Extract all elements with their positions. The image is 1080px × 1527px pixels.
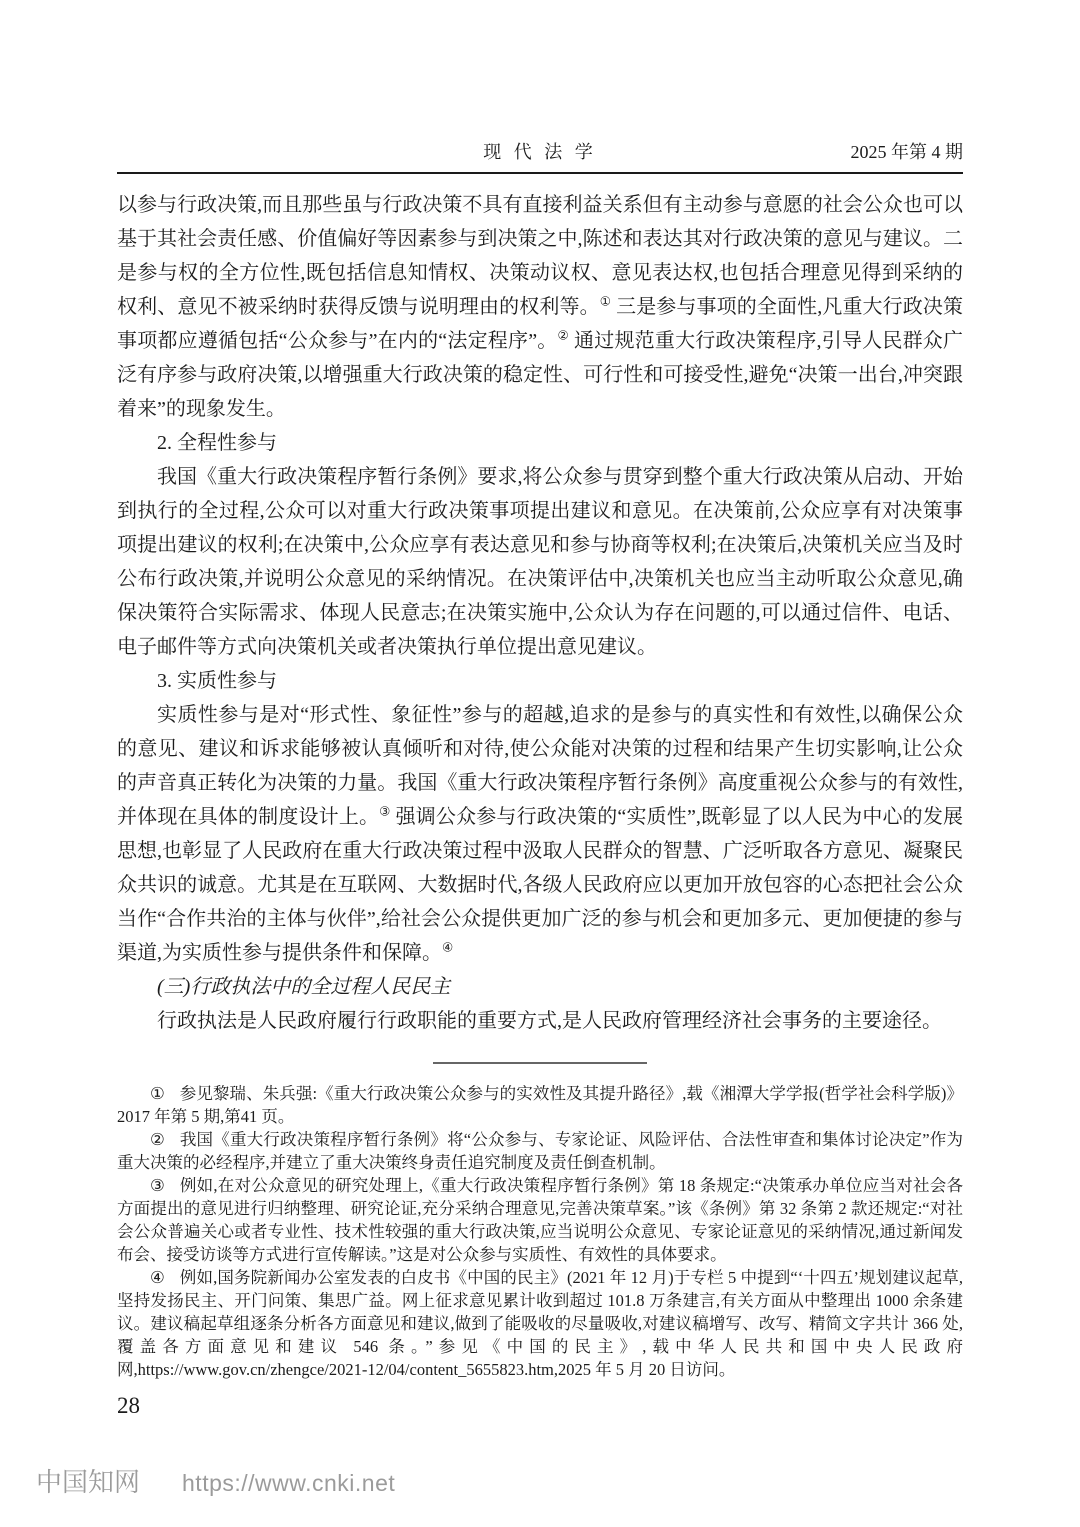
section-heading: 3. 实质性参与 [117, 664, 963, 698]
article-body: 以参与行政决策,而且那些虽与行政决策不具有直接利益关系但有主动参与意愿的社会公众… [117, 188, 963, 1038]
footnote-text: 我国《重大行政决策程序暂行条例》将“公众参与、专家论证、风险评估、合法性审查和集… [117, 1130, 963, 1172]
footnote-marker: ① [150, 1084, 180, 1103]
footnote-ref: ① [600, 294, 611, 308]
body-paragraph: 实质性参与是对“形式性、象征性”参与的超越,追求的是参与的真实性和有效性,以确保… [117, 698, 963, 970]
issue-label: 2025 年第 4 期 [851, 138, 964, 164]
journal-title: 现 代 法 学 [483, 138, 597, 164]
text-run: 我国《重大行政决策程序暂行条例》要求,将公众参与贯穿到整个重大行政决策从启动、开… [117, 466, 963, 658]
journal-page: 现 代 法 学 2025 年第 4 期 以参与行政决策,而且那些虽与行政决策不具… [0, 0, 1080, 1527]
text-run: 3. 实质性参与 [157, 670, 277, 692]
footnote: ①参见黎瑞、朱兵强:《重大行政决策公众参与的实效性及其提升路径》,载《湘潭大学学… [117, 1082, 963, 1128]
footnote-separator [433, 1062, 647, 1064]
text-run: (三)行政执法中的全过程人民民主 [157, 976, 450, 998]
footnote: ③例如,在对公众意见的研究处理上,《重大行政决策程序暂行条例》第 18 条规定:… [117, 1174, 963, 1266]
page-number: 28 [117, 1393, 963, 1419]
footnote-marker: ③ [150, 1176, 180, 1195]
footnote-text: 例如,国务院新闻办公室发表的白皮书《中国的民主》(2021 年 12 月)于专栏… [117, 1268, 963, 1379]
body-paragraph: 行政执法是人民政府履行行政职能的重要方式,是人民政府管理经济社会事务的主要途径。 [117, 1004, 963, 1038]
footnote-marker: ④ [150, 1268, 180, 1287]
section-heading: (三)行政执法中的全过程人民民主 [117, 970, 963, 1004]
text-run: 2. 全程性参与 [157, 432, 277, 454]
cnki-url-text: https://www.cnki.net [182, 1470, 395, 1497]
footnotes-section: ①参见黎瑞、朱兵强:《重大行政决策公众参与的实效性及其提升路径》,载《湘潭大学学… [117, 1082, 963, 1381]
footnote: ②我国《重大行政决策程序暂行条例》将“公众参与、专家论证、风险评估、合法性审查和… [117, 1128, 963, 1174]
cnki-watermark: 中国知网 https://www.cnki.net [36, 1462, 395, 1499]
footnote-ref: ③ [379, 804, 390, 818]
header-rule [117, 172, 963, 174]
page-header: 现 代 法 学 2025 年第 4 期 [117, 138, 963, 164]
footnote-marker: ② [150, 1130, 180, 1149]
body-paragraph: 我国《重大行政决策程序暂行条例》要求,将公众参与贯穿到整个重大行政决策从启动、开… [117, 460, 963, 664]
footnote-ref: ④ [442, 940, 453, 954]
section-heading: 2. 全程性参与 [117, 426, 963, 460]
footnote: ④例如,国务院新闻办公室发表的白皮书《中国的民主》(2021 年 12 月)于专… [117, 1266, 963, 1381]
body-paragraph: 以参与行政决策,而且那些虽与行政决策不具有直接利益关系但有主动参与意愿的社会公众… [117, 188, 963, 426]
text-run: 行政执法是人民政府履行行政职能的重要方式,是人民政府管理经济社会事务的主要途径。 [157, 1010, 942, 1032]
cnki-brand-text: 中国知网 [36, 1462, 140, 1499]
footnote-text: 参见黎瑞、朱兵强:《重大行政决策公众参与的实效性及其提升路径》,载《湘潭大学学报… [117, 1084, 963, 1126]
footnote-text: 例如,在对公众意见的研究处理上,《重大行政决策程序暂行条例》第 18 条规定:“… [117, 1176, 963, 1264]
footnote-ref: ② [558, 328, 569, 342]
text-run: 强调公众参与行政决策的“实质性”,既彰显了以人民为中心的发展思想,也彰显了人民政… [117, 806, 963, 964]
